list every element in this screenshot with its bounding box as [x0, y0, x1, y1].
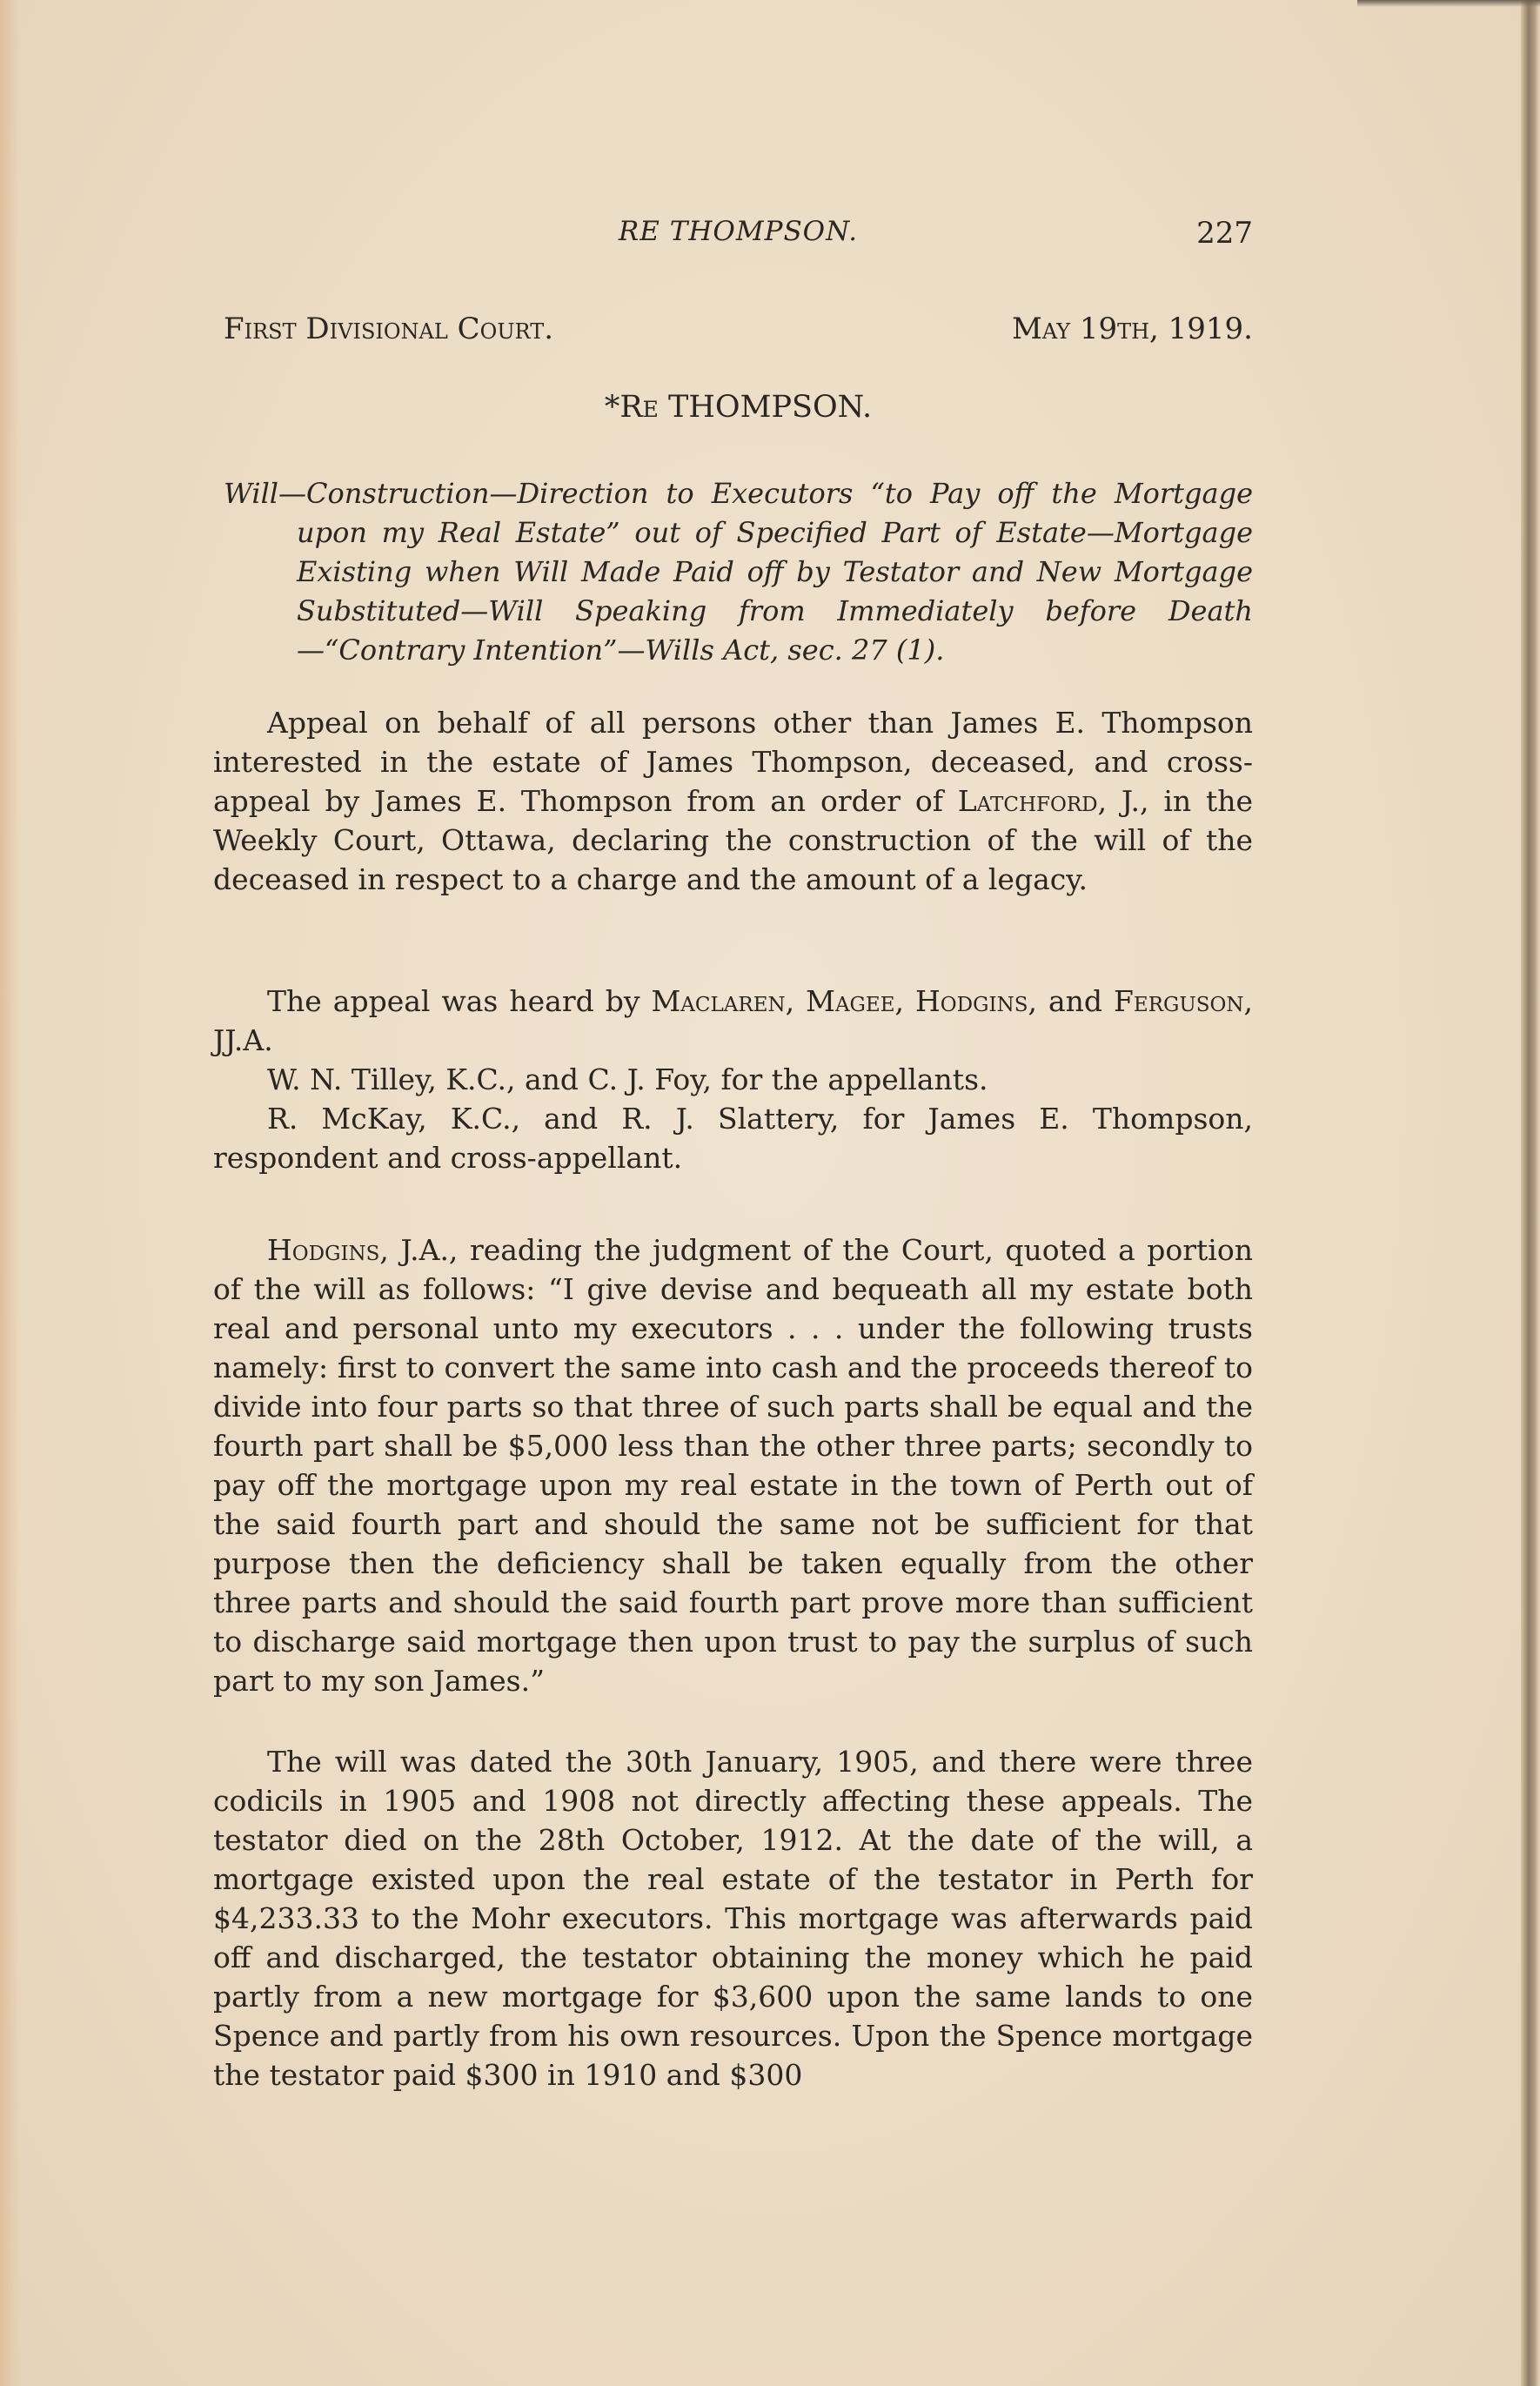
running-title: RE THOMPSON.	[224, 216, 1253, 247]
separator: , and	[1028, 984, 1114, 1018]
separator: ,	[895, 984, 916, 1018]
page-edge	[1521, 0, 1540, 2386]
scanned-page: RE THOMPSON. 227 First Divisional Court.…	[0, 0, 1540, 2386]
judge-name: Magee	[806, 984, 894, 1018]
judge-name: Hodgins	[915, 984, 1028, 1018]
court-line: First Divisional Court. May 19th, 1919.	[224, 312, 1253, 346]
headnote: Will—Construction—Direction to Executors…	[224, 474, 1253, 670]
case-title: *Re THOMPSON.	[224, 390, 1253, 425]
court-name: First Divisional Court.	[224, 312, 553, 346]
page-number: 227	[1196, 216, 1253, 251]
judge-name: Maclaren	[652, 984, 786, 1018]
footnote-asterisk: *	[605, 390, 620, 425]
bench-paragraph: The appeal was heard by Maclaren, Magee,…	[213, 982, 1253, 1060]
will-quotation: “I give devise and bequeath all my estat…	[213, 1272, 1253, 1698]
judge-name: Ferguson	[1114, 984, 1244, 1018]
counsel-appellants: W. N. Tilley, K.C., and C. J. Foy, for t…	[213, 1060, 1253, 1099]
bench-intro: The appeal was heard by	[267, 984, 652, 1018]
will-facts-text: The will was dated the 30th January, 190…	[213, 1742, 1253, 2094]
judge-name: Hodgins	[267, 1233, 379, 1267]
binding-shadow	[0, 0, 19, 2386]
page-top-edge	[1357, 0, 1540, 7]
judgment-paragraph: Hodgins, J.A., reading the judgment of t…	[213, 1230, 1253, 1700]
hearing-section: The appeal was heard by Maclaren, Magee,…	[213, 982, 1253, 1177]
will-facts-paragraph: The will was dated the 30th January, 190…	[213, 1742, 1253, 2094]
judge-name: Latchford	[958, 784, 1098, 818]
running-head: RE THOMPSON. 227	[224, 216, 1253, 259]
counsel-respondent: R. McKay, K.C., and R. J. Slattery, for …	[213, 1099, 1253, 1177]
judgment-date: May 19th, 1919.	[1012, 312, 1253, 346]
case-title-name: THOMPSON.	[659, 390, 872, 425]
appeal-paragraph: Appeal on behalf of all persons other th…	[213, 703, 1253, 899]
separator: ,	[786, 984, 807, 1018]
case-title-prefix: Re	[619, 390, 659, 425]
